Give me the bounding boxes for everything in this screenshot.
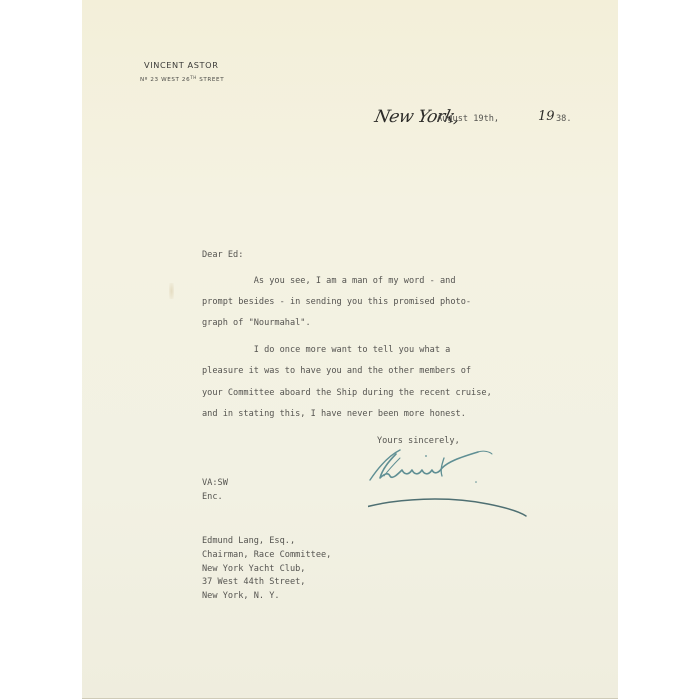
dateline-date: August 19th, (437, 114, 499, 124)
letterhead-address-prefix: Nº 23 WEST 26 (140, 77, 190, 83)
reference-initials: VA:SW (202, 478, 228, 488)
recipient-line: Chairman, Race Committee, (202, 550, 331, 560)
dateline-year-printed: 19 (538, 109, 555, 124)
letterhead-address: Nº 23 WEST 26TH STREET (140, 75, 224, 83)
body-line: As you see, I am a man of my word - and (202, 276, 456, 286)
closing: Yours sincerely, (377, 436, 460, 446)
dateline-year-typed: 38. (556, 114, 572, 124)
body-line: pleasure it was to have you and the othe… (202, 366, 471, 376)
letterhead-address-suffix: STREET (197, 77, 224, 83)
recipient-line: 37 West 44th Street, (202, 577, 305, 587)
recipient-line: New York Yacht Club, (202, 564, 305, 574)
body-line: I do once more want to tell you what a (202, 345, 450, 355)
salutation: Dear Ed: (202, 250, 243, 260)
letterhead-name: VINCENT ASTOR (144, 60, 219, 70)
body-line: and in stating this, I have never been m… (202, 409, 466, 419)
recipient-line: New York, N. Y. (202, 591, 280, 601)
body-line: graph of "Nourmahal". (202, 318, 311, 328)
body-line: your Committee aboard the Ship during th… (202, 388, 492, 398)
body-line: prompt besides - in sending you this pro… (202, 297, 471, 307)
letterhead-address-ordinal: TH (190, 75, 197, 80)
paper-stain (169, 283, 174, 299)
enclosure-note: Enc. (202, 492, 223, 502)
signature (368, 448, 538, 528)
recipient-line: Edmund Lang, Esq., (202, 536, 295, 546)
